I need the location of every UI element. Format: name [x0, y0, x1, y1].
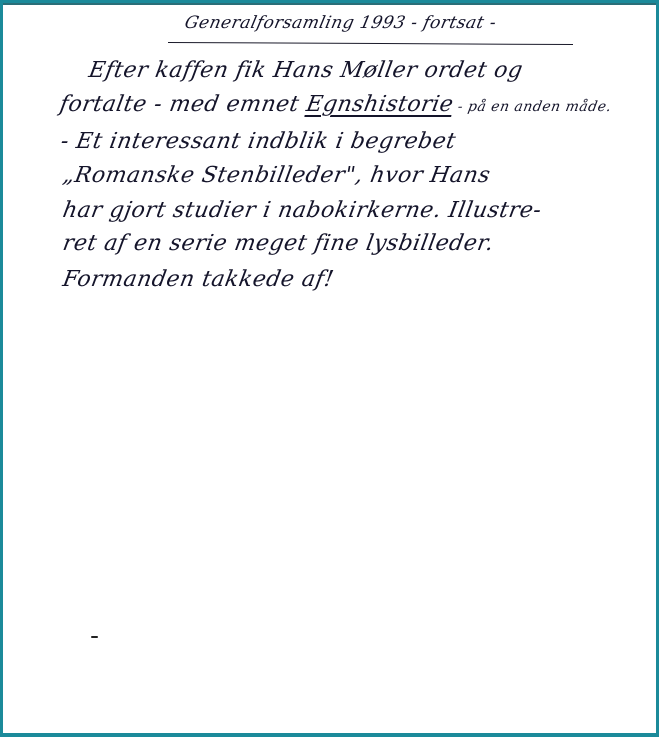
- title-underline: [168, 42, 573, 45]
- text-segment-small: - på en anden måde.: [451, 99, 612, 115]
- text-line-4: „Romanske Stenbilleder", hvor Hans: [61, 163, 493, 188]
- text-line-3: - Et interessant indblik i begrebet: [59, 129, 458, 154]
- text-segment: fortalte - med emnet: [58, 92, 309, 117]
- text-line-5: har gjort studier i nabokirkerne. Illust…: [61, 198, 544, 223]
- scanned-page: Generalforsamling 1993 - fortsat - Efter…: [0, 0, 659, 737]
- ink-mark: [91, 636, 98, 638]
- underlined-topic: Egnshistorie: [304, 92, 455, 117]
- page-title: Generalforsamling 1993 - fortsat -: [183, 13, 498, 33]
- top-border-line: [3, 3, 656, 5]
- text-line-6: ret af en serie meget fine lysbilleder.: [61, 231, 496, 256]
- text-line-7: Formanden takkede af!: [61, 267, 336, 292]
- text-line-2: fortalte - med emnet Egnshistorie - på e…: [58, 92, 614, 117]
- text-line-1: Efter kaffen fik Hans Møller ordet og: [87, 58, 525, 83]
